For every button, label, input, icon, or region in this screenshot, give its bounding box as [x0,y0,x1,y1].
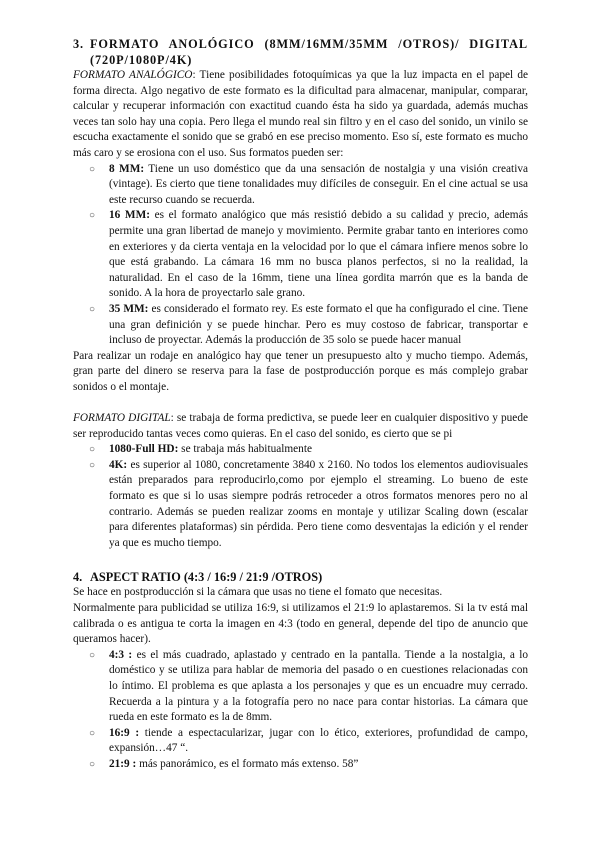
list-item-1080: ○1080-Full HD: se trabaja más habitualme… [73,442,528,458]
spacer [73,551,528,569]
analog-formats-list: ○8 MM: Tiene un uso doméstico que da una… [73,162,528,349]
item-label: 8 MM: [109,163,144,175]
circle-bullet-icon: ○ [89,757,95,773]
item-text: es considerado el formato rey. Es este f… [109,303,528,346]
item-text: más panorámico, es el formato más extens… [136,758,358,770]
aspect-intro-line-2: Normalmente para publicidad se utiliza 1… [73,601,528,648]
list-item-16-9: ○16:9 : tiende a espectacularizar, jugar… [73,726,528,757]
document-page: 3.FORMATO ANOLÓGICO (8MM/16MM/35MM /OTRO… [73,36,528,773]
analog-intro-label: FORMATO ANALÓGICO [73,69,192,81]
circle-bullet-icon: ○ [89,726,95,742]
item-label: 16 MM: [109,209,150,221]
item-text: Tiene un uso doméstico que da una sensac… [109,163,528,206]
circle-bullet-icon: ○ [89,302,95,318]
digital-intro-label: FORMATO DIGITAL [73,412,171,424]
list-item-4-3: ○4:3 : es el más cuadrado, aplastado y c… [73,648,528,726]
item-label: 4:3 : [109,649,132,661]
item-label: 21:9 : [109,758,136,770]
analog-intro-paragraph: FORMATO ANALÓGICO: Tiene posibilidades f… [73,68,528,162]
circle-bullet-icon: ○ [89,162,95,178]
item-text: tiende a espectacularizar, jugar con lo … [109,727,528,755]
spacer [73,395,528,411]
section-4-title: ASPECT RATIO (4:3 / 16:9 / 21:9 /OTROS) [90,570,322,584]
item-label: 16:9 : [109,727,139,739]
list-item-35mm: ○35 MM: es considerado el formato rey. E… [73,302,528,349]
section-4-number: 4. [73,569,90,585]
circle-bullet-icon: ○ [89,648,95,664]
section-4-heading: 4.ASPECT RATIO (4:3 / 16:9 / 21:9 /OTROS… [73,569,528,585]
aspect-ratio-list: ○4:3 : es el más cuadrado, aplastado y c… [73,648,528,773]
section-3-number: 3. [73,36,90,52]
digital-intro-paragraph: FORMATO DIGITAL: se trabaja de forma pre… [73,411,528,442]
circle-bullet-icon: ○ [89,208,95,224]
item-text: es superior al 1080, concretamente 3840 … [109,459,528,549]
circle-bullet-icon: ○ [89,442,95,458]
analog-intro-text: : Tiene posibilidades fotoquímicas ya qu… [73,69,528,159]
section-3-title: FORMATO ANOLÓGICO (8MM/16MM/35MM /OTROS)… [90,37,528,67]
list-item-16mm: ○16 MM: es el formato analógico que más … [73,208,528,302]
item-text: es el formato analógico que más resistió… [109,209,528,299]
list-item-4k: ○4K: es superior al 1080, concretamente … [73,458,528,552]
circle-bullet-icon: ○ [89,458,95,474]
section-3-heading: 3.FORMATO ANOLÓGICO (8MM/16MM/35MM /OTRO… [73,36,528,68]
aspect-intro-line-1: Se hace en postproducción si la cámara q… [73,585,528,601]
item-text: se trabaja más habitualmente [178,443,312,455]
item-label: 35 MM: [109,303,148,315]
item-label: 1080-Full HD: [109,443,178,455]
digital-formats-list: ○1080-Full HD: se trabaja más habitualme… [73,442,528,551]
list-item-21-9: ○21:9 : más panorámico, es el formato má… [73,757,528,773]
analog-outro-paragraph: Para realizar un rodaje en analógico hay… [73,349,528,396]
item-label: 4K: [109,459,127,471]
item-text: es el más cuadrado, aplastado y centrado… [109,649,528,723]
list-item-8mm: ○8 MM: Tiene un uso doméstico que da una… [73,162,528,209]
